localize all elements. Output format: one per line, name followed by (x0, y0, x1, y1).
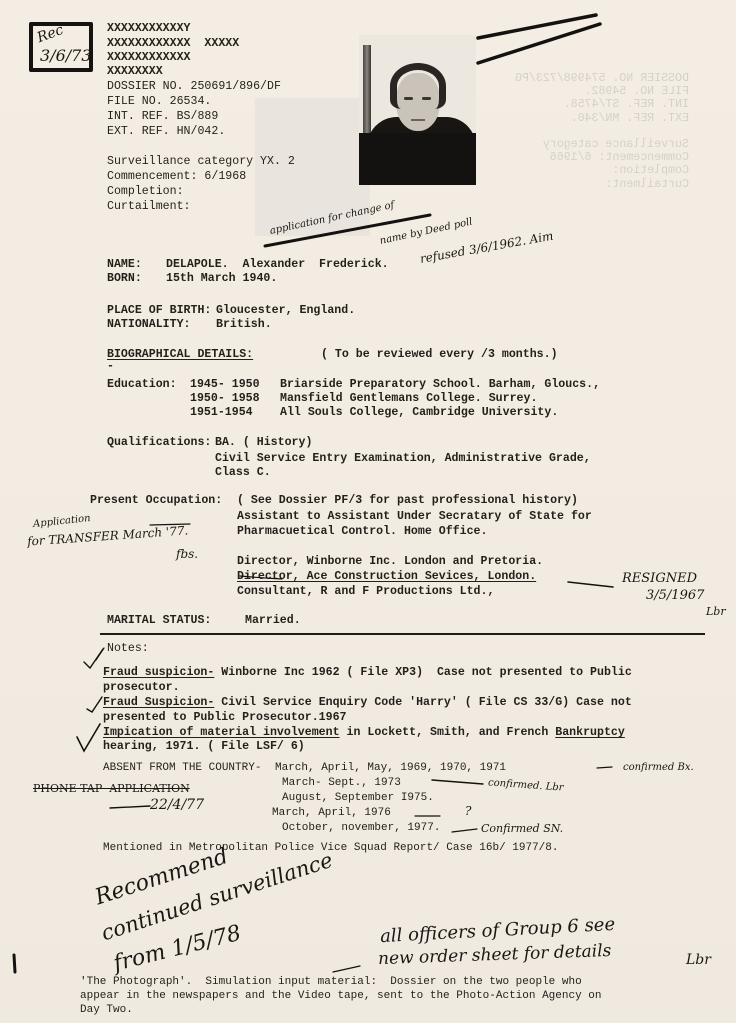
absence-period: March- Sept., 1973 (282, 777, 401, 790)
police-mention: Mentioned in Metropolitan Police Vice Sq… (103, 842, 558, 855)
education-school: Mansfield Gentlemans College. Surrey. (280, 392, 537, 405)
name-change-annotation: name by Deed poll (379, 216, 474, 246)
absence-annotation: confirmed. Lbr (488, 777, 564, 793)
name-value: DELAPOLE. Alexander Frederick. (166, 258, 389, 271)
qualification-line: BA. ( History) (215, 436, 312, 449)
redacted-line: XXXXXXXX (107, 65, 163, 78)
nationality-label: NATIONALITY: (107, 318, 191, 331)
born-value: 15th March 1940. (166, 272, 277, 285)
section-divider (100, 633, 705, 635)
resigned-initials: Lbr (706, 605, 726, 618)
education-label: Education: (107, 378, 177, 391)
ext-ref: EXT. REF. HN/042. (107, 125, 225, 138)
marital-value: Married. (245, 614, 301, 627)
redacted-line: XXXXXXXXXXXX XXXXX (107, 37, 239, 50)
dossier-page: DOSSIER NO. 574998/723/PG FILE NO. 54982… (0, 0, 736, 1023)
absence-period: August, September I975. (282, 792, 434, 805)
surveillance-commencement: Commencement: 6/1968 (107, 170, 246, 183)
qualifications-label: Qualifications: (107, 436, 211, 449)
resigned-annotation: RESIGNED (622, 571, 697, 586)
directorship-line: Director, Winborne Inc. London and Preto… (237, 555, 543, 568)
marital-label: MARITAL STATUS: (107, 614, 211, 627)
qualification-line: Civil Service Entry Examination, Adminis… (215, 452, 591, 465)
notes-heading: Notes: (107, 642, 149, 655)
absence-annotation: ? (465, 804, 471, 818)
education-school: Briarside Preparatory School. Barham, Gl… (280, 378, 600, 391)
dash: - (107, 360, 114, 373)
absence-label: ABSENT FROM THE COUNTRY- (103, 762, 261, 775)
absence-annotation: Confirmed SN. (481, 822, 563, 835)
transfer-annotation: Application (33, 513, 92, 530)
note-item: Impication of material involvement in Lo… (103, 726, 625, 739)
occupation-label: Present Occupation: (90, 494, 222, 507)
file-number: FILE NO. 26534. (107, 95, 211, 108)
transfer-initials: fbs. (176, 547, 198, 561)
dossier-number: DOSSIER NO. 250691/896/DF (107, 80, 281, 93)
note-title: Fraud suspicion- (103, 666, 214, 679)
redacted-line: XXXXXXXXXXXY (107, 22, 191, 35)
absence-period: March, April, May, 1969, 1970, 1971 (275, 762, 506, 775)
stamp-date: 3/6/73 (40, 46, 92, 65)
caption-line: Day Two. (80, 1004, 133, 1017)
caption-line: 'The Photograph'. Simulation input mater… (80, 976, 582, 989)
note-text: Winborne Inc 1962 ( File XP3) Case not p… (214, 666, 631, 679)
note-text: in Lockett, Smith, and French (340, 726, 556, 739)
int-ref: INT. REF. BS/889 (107, 110, 218, 123)
pob-label: PLACE OF BIRTH: (107, 304, 211, 317)
note-item: Fraud Suspicion- Civil Service Enquiry C… (103, 696, 632, 709)
nationality-value: British. (216, 318, 272, 331)
absence-annotation: confirmed Bx. (623, 762, 694, 773)
directorship-line: Consultant, R and F Productions Ltd., (237, 585, 494, 598)
phone-tap-annotation: PHONE TAP APPLICATION (33, 782, 190, 795)
review-note: ( To be reviewed every /3 months.) (321, 348, 558, 361)
occupation-line: ( See Dossier PF/3 for past professional… (237, 494, 578, 507)
caption-line: appear in the newspapers and the Video t… (80, 990, 602, 1003)
note-title: Impication of material involvement (103, 726, 340, 739)
surveillance-category: Surveillance category YX. 2 (107, 155, 295, 168)
note-item: Fraud suspicion- Winborne Inc 1962 ( Fil… (103, 666, 632, 679)
directorship-line: Director, Ace Construction Sevices, Lond… (237, 570, 536, 583)
note-cont: presented to Public Prosecutor.1967 (103, 711, 347, 724)
absence-period: March, April, 1976 (272, 807, 391, 820)
note-title: Bankruptcy (555, 726, 625, 739)
note-cont: prosecutor. (103, 681, 180, 694)
education-years: 1950- 1958 (190, 392, 260, 405)
education-years: 1945- 1950 (190, 378, 260, 391)
born-label: BORN: (107, 272, 142, 285)
ghost-reverse-text: DOSSIER NO. 574998/723/PG FILE NO. 54982… (515, 72, 689, 191)
redacted-line: XXXXXXXXXXXX (107, 51, 191, 64)
subject-photo (359, 35, 476, 185)
note-text: Civil Service Enquiry Code 'Harry' ( Fil… (214, 696, 631, 709)
resigned-date: 3/5/1967 (646, 588, 704, 603)
name-label: NAME: (107, 258, 142, 271)
occupation-line: Pharmacuetical Control. Home Office. (237, 525, 487, 538)
education-years: 1951-1954 (190, 406, 253, 419)
officers-initials: Lbr (686, 952, 711, 968)
occupation-line: Assistant to Assistant Under Secratary o… (237, 510, 592, 523)
absence-period: October, november, 1977. (282, 822, 440, 835)
bio-heading: BIOGRAPHICAL DETAILS: (107, 348, 253, 361)
education-school: All Souls College, Cambridge University. (280, 406, 558, 419)
surveillance-completion: Completion: (107, 185, 184, 198)
phone-tap-date: 22/4/77 (150, 797, 204, 813)
surveillance-curtailment: Curtailment: (107, 200, 191, 213)
qualification-line: Class C. (215, 466, 271, 479)
note-cont: hearing, 1971. ( File LSF/ 6) (103, 740, 305, 753)
note-title: Fraud Suspicion- (103, 696, 214, 709)
pob-value: Gloucester, England. (216, 304, 355, 317)
